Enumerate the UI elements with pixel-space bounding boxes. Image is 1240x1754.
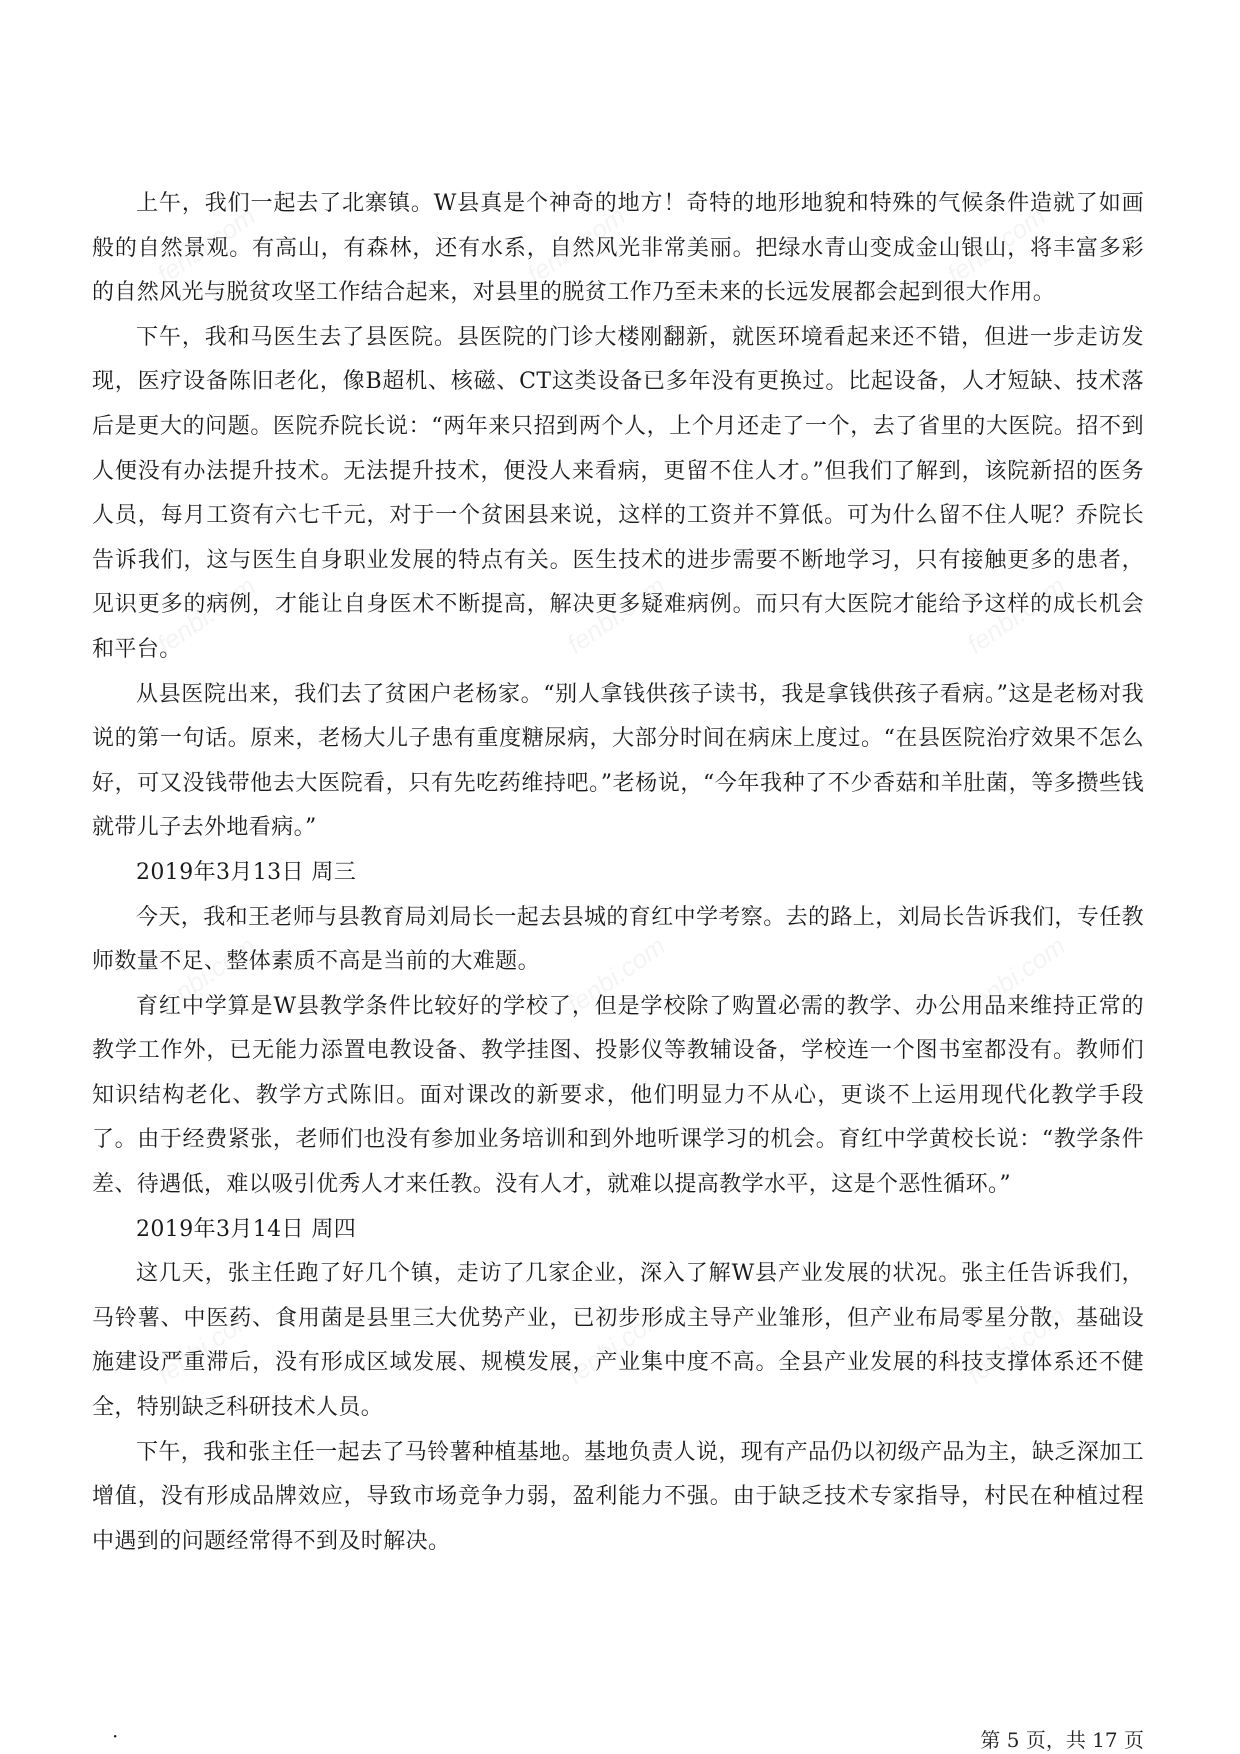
document-body: 上午，我们一起去了北寨镇。W县真是个神奇的地方！奇特的地形地貌和特殊的气候条件造… <box>92 182 1144 1564</box>
page-number: 第 5 页，共 17 页 <box>980 1724 1144 1753</box>
footer-mark: · <box>112 1724 118 1748</box>
paragraph-morning-beizhai: 上午，我们一起去了北寨镇。W县真是个神奇的地方！奇特的地形地貌和特殊的气候条件造… <box>92 182 1144 316</box>
paragraph-potato-base: 下午，我和张主任一起去了马铃薯种植基地。基地负责人说，现有产品仍以初级产品为主，… <box>92 1431 1144 1565</box>
diary-date-heading: 2019年3月13日 周三 <box>92 851 1144 896</box>
paragraph-lao-yang-visit: 从县医院出来，我们去了贫困户老杨家。“别人拿钱供孩子读书，我是拿钱供孩子看病。”… <box>92 673 1144 851</box>
page-footer: · 第 5 页，共 17 页 <box>92 1724 1144 1754</box>
paragraph-school-visit: 今天，我和王老师与县教育局刘局长一起去县城的育红中学考察。去的路上，刘局长告诉我… <box>92 896 1144 985</box>
paragraph-yuhong-school: 育红中学算是W县教学条件比较好的学校了，但是学校除了购置必需的教学、办公用品来维… <box>92 985 1144 1208</box>
diary-date-heading: 2019年3月14日 周四 <box>92 1208 1144 1253</box>
document-page: fenbi.com fenbi.com fenbi.com fenbi.com … <box>0 0 1240 1754</box>
paragraph-industry-survey: 这几天，张主任跑了好几个镇，走访了几家企业，深入了解W县产业发展的状况。张主任告… <box>92 1252 1144 1430</box>
paragraph-county-hospital: 下午，我和马医生去了县医院。县医院的门诊大楼刚翻新，就医环境看起来还不错，但进一… <box>92 316 1144 673</box>
